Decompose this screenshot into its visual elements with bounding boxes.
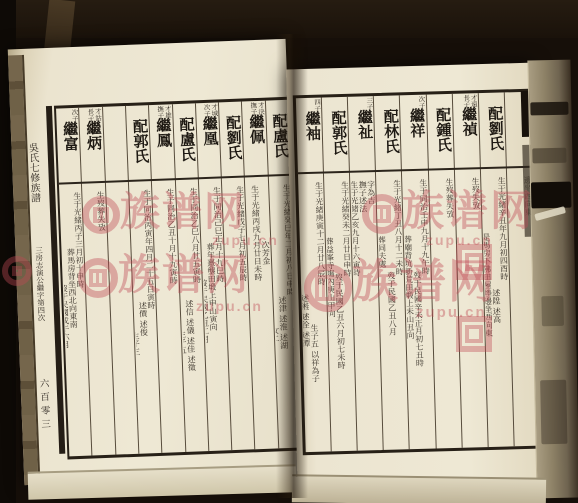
person-name: 繼富: [57, 121, 80, 152]
spine-page-number: 六百零三: [37, 378, 49, 432]
spine-chapter-title: 三房志演公繼字第四次: [34, 246, 45, 321]
ink-smudge: [532, 148, 566, 164]
ink-smudge: [540, 380, 567, 445]
column-header: 配林氏: [374, 95, 401, 172]
column-header: 三子繼祉: [348, 96, 375, 173]
column-header: 四子繼袖: [296, 98, 323, 175]
person-name: 繼祥: [401, 108, 427, 139]
person-name: 繼凰: [196, 115, 219, 146]
column-header: 配劉氏: [479, 92, 506, 169]
person-name: 繼鳳: [150, 117, 173, 148]
person-name: 繼祉: [348, 109, 374, 140]
column-header: 才雄撫子繼鳳: [149, 104, 174, 181]
column-header: [103, 106, 128, 183]
ink-smudge: [530, 102, 568, 116]
person-name: 繼炳: [80, 120, 103, 151]
column-header: 配郭氏: [322, 97, 349, 174]
person-name: 配林氏: [375, 108, 401, 154]
spine-book-title: 吳氏七修族譜: [26, 142, 39, 202]
column-header: 才遠長子繼禎: [452, 93, 479, 170]
page-stack-edge: [527, 60, 578, 499]
column-header: 次子繼富: [56, 108, 81, 185]
ink-smudge: [541, 296, 564, 326]
column-header: 配盧氏: [172, 103, 197, 180]
column-header: 才決撫子繼佩: [242, 101, 267, 178]
left-page-grid: 配盧氏生于光緒癸巳年二月初八日申時述津 述淮 述湖女二生子三 長三房才決撫子繼佩…: [54, 97, 304, 460]
person-name: 配郭氏: [322, 110, 348, 156]
right-page-grid: 邊坐西向東配劉氏生于光緒辛丑年九月初四酉時述陞 述高是馬房下佛田屋堘邊坐西向東生…: [293, 89, 543, 456]
person-name: 繼袖: [296, 111, 322, 142]
column-header: 配鍾氏: [426, 94, 453, 171]
person-name: 配鍾氏: [427, 107, 453, 153]
ink-smudge: [531, 182, 572, 209]
person-name: 配盧氏: [173, 116, 197, 162]
column-header: 才詁長子繼炳: [79, 107, 104, 184]
paper-highlight: [534, 206, 566, 221]
left-page: 吳氏七修族譜 三房志演公繼字第四次 六百零三 配盧氏生于光緒癸巳年二月初八日申時…: [8, 39, 303, 485]
right-page: 邊坐西向東配劉氏生于光緒辛丑年九月初四酉時述陞 述高是馬房下佛田屋堘邊坐西向東生…: [286, 63, 544, 500]
person-name: 配劉氏: [479, 105, 505, 151]
person-name: 繼禎: [453, 106, 479, 137]
person-name: 繼佩: [243, 114, 266, 145]
background-top: [0, 0, 578, 38]
person-name: 配劉氏: [220, 115, 244, 161]
person-name: 配郭氏: [126, 118, 150, 164]
column-header: 配劉氏: [219, 102, 244, 179]
under-page-edge-right: [292, 474, 546, 503]
column-header: 才城次子繼凰: [196, 102, 221, 179]
column-header: 次子繼祥: [400, 95, 427, 172]
column-header: 配郭氏: [126, 105, 151, 182]
